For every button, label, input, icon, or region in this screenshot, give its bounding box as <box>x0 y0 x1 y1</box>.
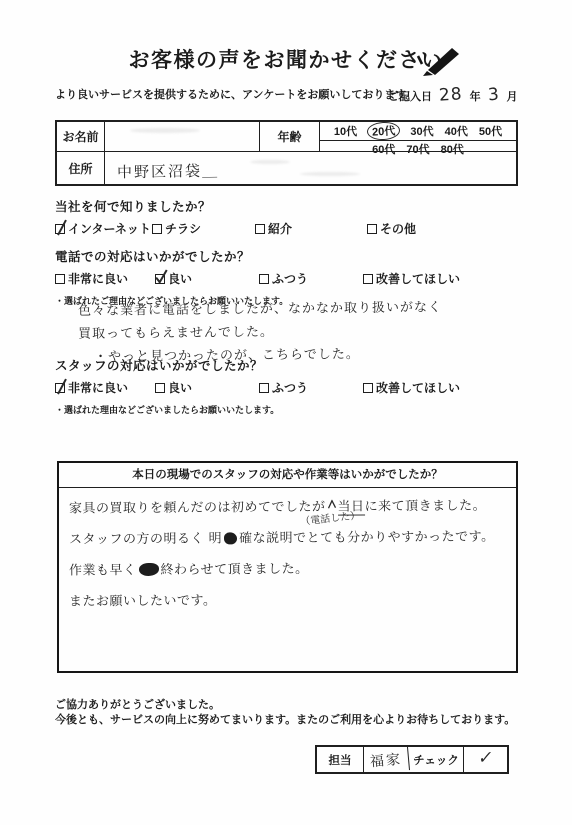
age-options-row1: 10代 20代 30代 40代 50代 <box>320 122 516 141</box>
age-option[interactable]: 50代 <box>478 123 503 139</box>
respondent-info-table: お名前 年齢 10代 20代 30代 40代 50代 60代 70代 80代 住… <box>55 120 518 186</box>
title-row: お客様の声をお聞かせください <box>0 44 572 74</box>
option-internet[interactable]: インターネット <box>55 220 151 237</box>
insert-caret-icon <box>326 500 336 509</box>
question-staff-title: スタッフの対応はいかがでしたか？ <box>55 356 525 374</box>
scan-smudge <box>130 128 200 133</box>
survey-form-page: お客様の声をお聞かせください より良いサービスを提供するために、アンケートをお願… <box>0 0 572 825</box>
age-label: 年齢 <box>260 122 320 152</box>
option-very-good[interactable]: 非常に良い <box>55 270 128 287</box>
age-option[interactable]: 40代 <box>444 123 469 139</box>
option-improve[interactable]: 改善してほしい <box>363 270 460 287</box>
question-phone-options: 非常に良い 良い ふつう 改善してほしい <box>55 270 525 287</box>
date-label: ご記入日 <box>388 88 432 104</box>
date-month-value[interactable]: 3 <box>487 85 500 106</box>
thanks-line-1: ご協力ありがとうございました。 <box>55 698 535 713</box>
age-options: 10代 20代 30代 40代 50代 60代 70代 80代 <box>320 122 516 152</box>
inserted-text: 当日（電話した） <box>325 495 364 514</box>
option-normal[interactable]: ふつう <box>259 379 308 396</box>
feedback-line-4: またお願いしたいです。 <box>69 587 506 609</box>
question-staff-options: 非常に良い 良い ふつう 改善してほしい <box>55 379 525 396</box>
checkbox-icon[interactable] <box>55 274 65 284</box>
option-good[interactable]: 良い <box>155 379 192 396</box>
site-feedback-box: 本日の現場でのスタッフの対応や作業等はいかがでしたか？ 家具の買取りを頼んだのは… <box>57 461 518 673</box>
date-month-unit: 月 <box>506 88 517 104</box>
scribble-correction <box>224 532 237 544</box>
option-label: ふつう <box>272 272 308 286</box>
checkbox-icon[interactable] <box>152 224 162 234</box>
checkbox-icon[interactable] <box>55 383 65 393</box>
footer-thanks: ご協力ありがとうございました。 今後とも、サービスの向上に努めてまいります。また… <box>55 698 535 728</box>
check-label: チェック <box>409 747 464 772</box>
staff-signature[interactable]: 福家 <box>363 745 410 774</box>
address-input[interactable]: 中野区沼袋＿ <box>105 148 516 187</box>
option-other[interactable]: その他 <box>367 220 416 237</box>
date-year-unit: 年 <box>470 88 481 104</box>
age-option[interactable]: 20代 <box>367 121 401 141</box>
name-label: お名前 <box>57 122 105 152</box>
subtitle-text: より良いサービスを提供するために、アンケートをお願いしております。 <box>55 89 416 101</box>
feedback-line-3: 作業も早く終わらせて頂きました。 <box>69 556 506 578</box>
reason-line: 買取ってもらえませんでした。 <box>78 319 442 342</box>
option-label: 紹介 <box>268 222 292 236</box>
option-flyer[interactable]: チラシ <box>152 220 201 237</box>
question-phone-title: 電話での対応はいかがでしたか？ <box>55 247 525 265</box>
option-label: 改善してほしい <box>376 272 460 286</box>
site-feedback-handwriting[interactable]: 家具の買取りを頼んだのは初めてでしたが当日（電話した）に来て頂きました。 スタッ… <box>59 488 516 608</box>
age-option[interactable]: 10代 <box>333 123 358 139</box>
option-label: チラシ <box>165 222 201 236</box>
staff-check-table: 担当 福家 チェック ✓ <box>315 745 509 774</box>
fill-date: ご記入日 28 年 3 月 <box>388 85 517 105</box>
checkbox-icon[interactable] <box>367 224 377 234</box>
checkbox-icon[interactable] <box>55 224 65 234</box>
site-feedback-title: 本日の現場でのスタッフの対応や作業等はいかがでしたか？ <box>59 463 516 488</box>
option-label: 改善してほしい <box>376 381 460 395</box>
option-label: その他 <box>380 222 416 236</box>
checkbox-icon[interactable] <box>255 224 265 234</box>
scan-smudge <box>300 172 360 176</box>
name-input[interactable] <box>105 122 260 152</box>
question-source-title: 当社を何で知りましたか？ <box>55 197 525 215</box>
option-good[interactable]: 良い <box>155 270 192 287</box>
checkbox-icon[interactable] <box>259 383 269 393</box>
option-label: 良い <box>168 272 192 286</box>
option-label: 非常に良い <box>68 381 128 395</box>
thanks-line-2: 今後とも、サービスの向上に努めてまいります。またのご利用を心よりお待ちしておりま… <box>55 713 535 728</box>
option-improve[interactable]: 改善してほしい <box>363 379 460 396</box>
checkbox-icon[interactable] <box>363 274 373 284</box>
question-source-options: インターネット チラシ 紹介 その他 <box>55 220 525 237</box>
checkbox-icon[interactable] <box>155 383 165 393</box>
age-option[interactable]: 30代 <box>409 123 434 139</box>
staff-label: 担当 <box>317 747 364 772</box>
feedback-line-2: スタッフの方の明るく 明確な説明でとても分かりやすかったです。 <box>69 525 506 547</box>
question-staff: スタッフの対応はいかがでしたか？ 非常に良い 良い ふつう 改善してほしい ・選… <box>55 356 525 416</box>
subtitle-row: より良いサービスを提供するために、アンケートをお願いしております。 ご記入日 2… <box>55 86 523 108</box>
scan-smudge <box>250 160 290 164</box>
scribble-correction <box>138 563 158 576</box>
feedback-line-1: 家具の買取りを頼んだのは初めてでしたが当日（電話した）に来て頂きました。 <box>69 494 506 516</box>
option-label: 良い <box>168 381 192 395</box>
check-mark[interactable]: ✓ <box>462 745 509 774</box>
date-year-value[interactable]: 28 <box>438 84 463 106</box>
question-source: 当社を何で知りましたか？ インターネット チラシ 紹介 その他 <box>55 197 525 237</box>
option-referral[interactable]: 紹介 <box>255 220 292 237</box>
checkbox-icon[interactable] <box>259 274 269 284</box>
pencil-icon <box>414 46 462 76</box>
option-label: インターネット <box>68 222 151 236</box>
option-label: 非常に良い <box>68 272 128 286</box>
checkbox-icon[interactable] <box>363 383 373 393</box>
option-label: ふつう <box>272 381 308 395</box>
option-normal[interactable]: ふつう <box>259 270 308 287</box>
checkbox-icon[interactable] <box>155 274 165 284</box>
reason-line: 色々な業者に電話をしましたが、なかなか取り扱いがなく <box>78 296 442 319</box>
option-very-good[interactable]: 非常に良い <box>55 379 128 396</box>
address-label: 住所 <box>57 152 105 184</box>
page-title: お客様の声をお聞かせください <box>129 49 444 72</box>
question-staff-note: ・選ばれた理由などございましたらお願いいたします。 <box>55 403 525 416</box>
